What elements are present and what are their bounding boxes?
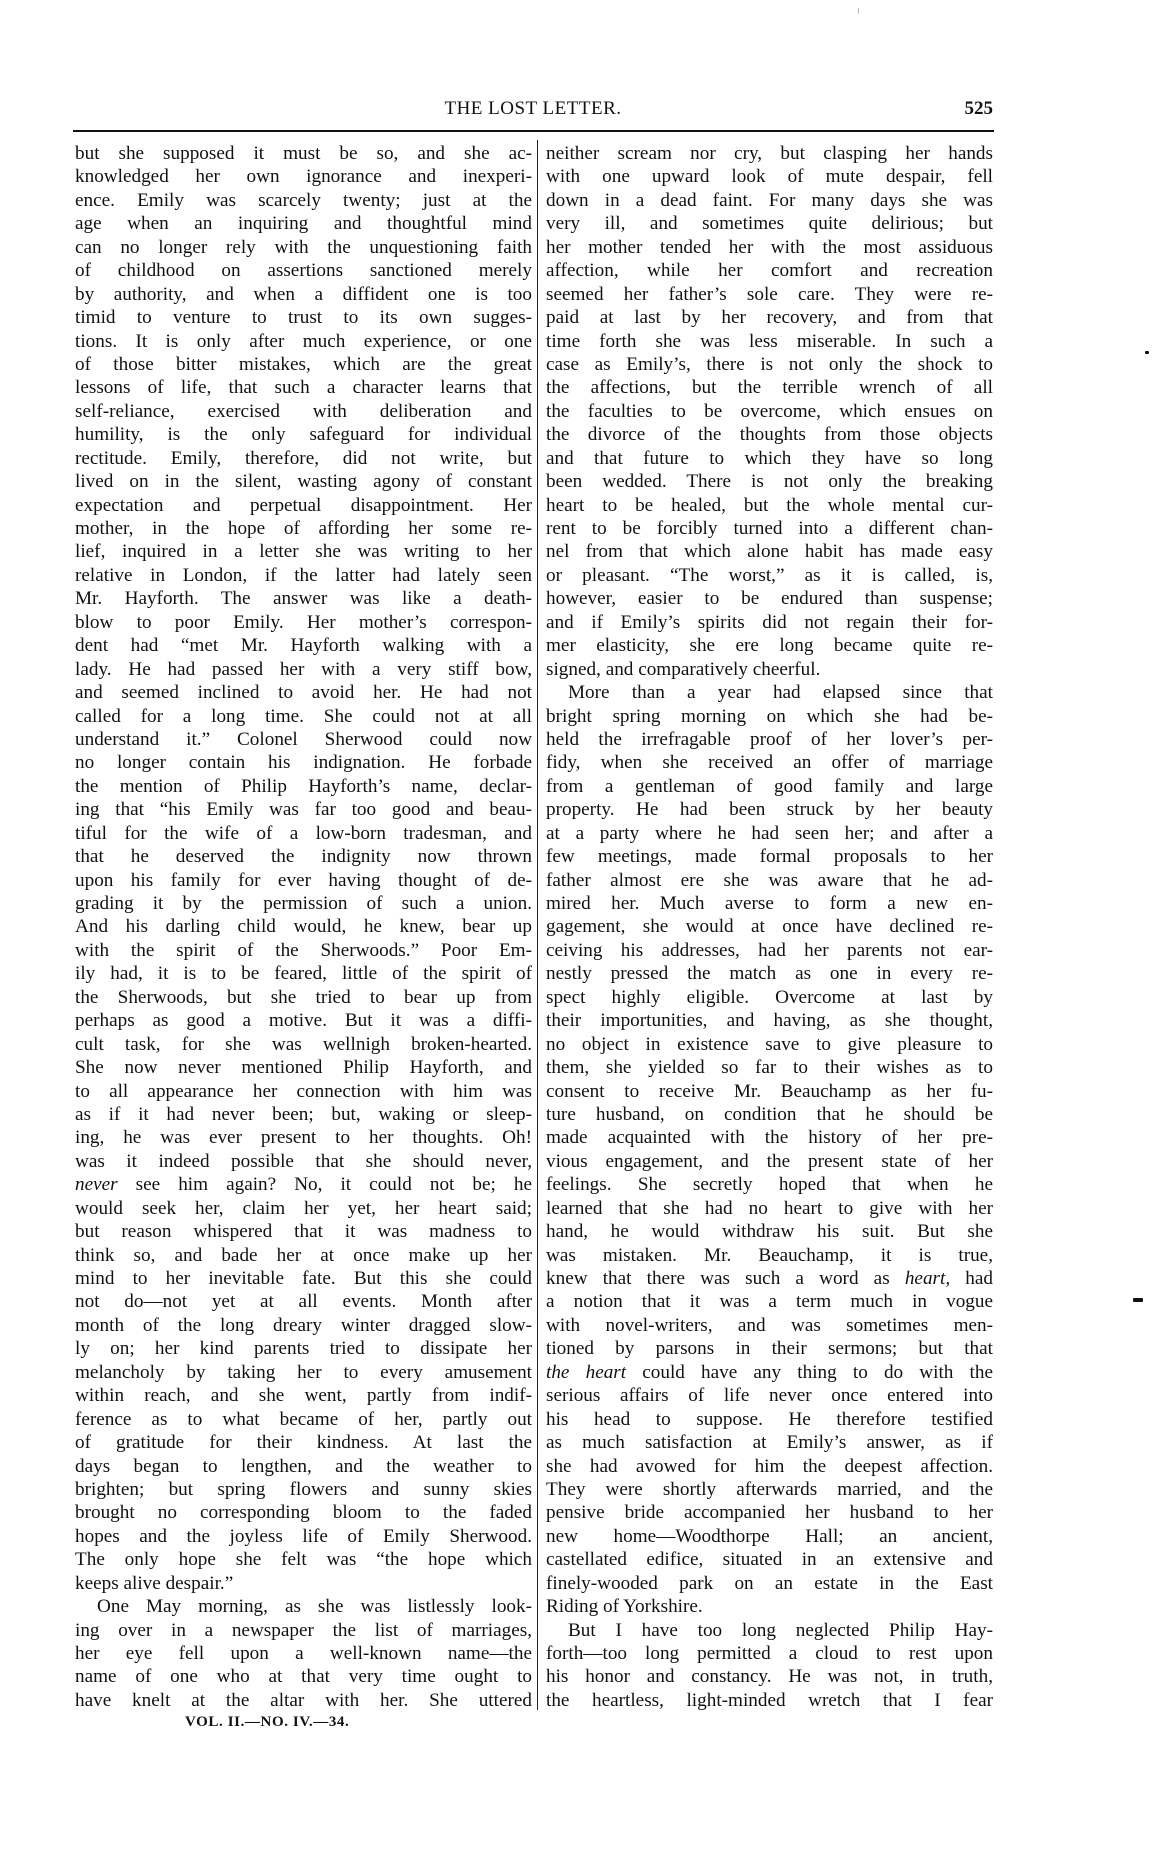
text-line: that he deserved the indignity now throw… bbox=[75, 845, 532, 868]
text-line: with one upward look of mute despair, fe… bbox=[546, 165, 993, 188]
text-line-content: not do—not yet at all events. Month afte… bbox=[75, 1291, 532, 1312]
text-line-content: They were shortly afterwards married, an… bbox=[546, 1479, 993, 1500]
text-line-content: case as Emily’s, there is not only the s… bbox=[546, 354, 993, 375]
text-line-content: as if it had never been; but, waking or … bbox=[75, 1104, 532, 1125]
page-number: 525 bbox=[965, 98, 994, 120]
text-line-content: dent had “met Mr. Hayforth walking with … bbox=[75, 635, 532, 656]
scan-speck bbox=[1133, 1298, 1143, 1302]
text-line: she had avowed for him the deepest affec… bbox=[546, 1455, 993, 1478]
text-line: down in a dead faint. For many days she … bbox=[546, 189, 993, 212]
text-line: nestly pressed the match as one in every… bbox=[546, 962, 993, 985]
text-line-content: by authority, and when a diffident one i… bbox=[75, 284, 532, 305]
text-line: lief, inquired in a letter she was writi… bbox=[75, 540, 532, 563]
text-line-content: his honor and constancy. He was not, in … bbox=[546, 1666, 993, 1687]
text-line-content: serious affairs of life never once enter… bbox=[546, 1385, 993, 1406]
text-line: relative in London, if the latter had la… bbox=[75, 564, 532, 587]
text-line-content: feelings. She secretly hoped that when h… bbox=[546, 1174, 993, 1195]
text-line: property. He had been struck by her beau… bbox=[546, 798, 993, 821]
text-line-content: her mother tended her with the most assi… bbox=[546, 237, 993, 258]
text-line-content: keeps alive despair.” bbox=[75, 1573, 233, 1594]
text-line-content: but reason whispered that it was madness… bbox=[75, 1221, 532, 1242]
text-line-content: new home—Woodthorpe Hall; an ancient, bbox=[546, 1526, 993, 1547]
text-line: perhaps as good a motive. But it was a d… bbox=[75, 1009, 532, 1032]
text-line-content: the faculties to be overcome, which ensu… bbox=[546, 401, 993, 422]
text-line-content: a notion that it was a term much in vogu… bbox=[546, 1291, 993, 1312]
text-line: not do—not yet at all events. Month afte… bbox=[75, 1290, 532, 1313]
text-line: expectation and perpetual disappointment… bbox=[75, 494, 532, 517]
text-line: The only hope she felt was “the hope whi… bbox=[75, 1548, 532, 1571]
text-line: cult task, for she was wellnigh broken-h… bbox=[75, 1033, 532, 1056]
text-line: the heartless, light-minded wretch that … bbox=[546, 1689, 993, 1712]
text-line: pensive bride accompanied her husband to… bbox=[546, 1501, 993, 1524]
text-line-content: blow to poor Emily. Her mother’s corresp… bbox=[75, 612, 532, 633]
document-page: THE LOST LETTER. 525 but she supposed it… bbox=[0, 0, 1176, 1850]
text-line-content: of gratitude for their kindness. At last… bbox=[75, 1432, 532, 1453]
text-line-content: self-reliance, exercised with deliberati… bbox=[75, 401, 532, 422]
text-line: ence. Emily was scarcely twenty; just at… bbox=[75, 189, 532, 212]
left-text-column: but she supposed it must be so, and she … bbox=[75, 142, 532, 1712]
text-line-content: pensive bride accompanied her husband to… bbox=[546, 1502, 993, 1523]
text-line: no longer contain his indignation. He fo… bbox=[75, 751, 532, 774]
text-line: ing, he was ever present to her thoughts… bbox=[75, 1126, 532, 1149]
text-line-content: was it indeed possible that she should n… bbox=[75, 1151, 532, 1172]
text-line-content: name of one who at that very time ought … bbox=[75, 1666, 532, 1687]
text-line: consent to receive Mr. Beauchamp as her … bbox=[546, 1080, 993, 1103]
text-line: her mother tended her with the most assi… bbox=[546, 236, 993, 259]
text-line: have knelt at the altar with her. She ut… bbox=[75, 1689, 532, 1712]
text-line: grading it by the permission of such a u… bbox=[75, 892, 532, 915]
text-line-content: timid to venture to trust to its own sug… bbox=[75, 307, 532, 328]
scan-speck bbox=[858, 8, 859, 14]
text-line-content: lady. He had passed her with a very stif… bbox=[75, 659, 532, 680]
text-line: ing over in a newspaper the list of marr… bbox=[75, 1619, 532, 1642]
text-line: castellated edifice, situated in an exte… bbox=[546, 1548, 993, 1571]
text-line: They were shortly afterwards married, an… bbox=[546, 1478, 993, 1501]
text-line-content: very ill, and sometimes quite delirious;… bbox=[546, 213, 993, 234]
text-line-content: lief, inquired in a letter she was writi… bbox=[75, 541, 532, 562]
text-line: feelings. She secretly hoped that when h… bbox=[546, 1173, 993, 1196]
text-line: and seemed inclined to avoid her. He had… bbox=[75, 681, 532, 704]
text-line-content: mother, in the hope of affording her som… bbox=[75, 518, 532, 539]
text-line: time forth she was less miserable. In su… bbox=[546, 330, 993, 353]
text-line-content: tioned by parsons in their sermons; but … bbox=[546, 1338, 993, 1359]
text-line: neither scream nor cry, but clasping her… bbox=[546, 142, 993, 165]
text-line: vious engagement, and the present state … bbox=[546, 1150, 993, 1173]
text-line: and that future to which they have so lo… bbox=[546, 447, 993, 470]
text-line-content: paid at last by her recovery, and from t… bbox=[546, 307, 993, 328]
text-line-content: nel from that which alone habit has made… bbox=[546, 541, 993, 562]
text-line: mired her. Much averse to form a new en- bbox=[546, 892, 993, 915]
text-line-content: ture husband, on condition that he shoul… bbox=[546, 1104, 993, 1125]
text-line-content: them, she yielded so far to their wishes… bbox=[546, 1057, 993, 1078]
text-line-content: the mention of Philip Hayforth’s name, d… bbox=[75, 776, 532, 797]
right-text-column: neither scream nor cry, but clasping her… bbox=[546, 142, 993, 1712]
running-head: THE LOST LETTER. 525 bbox=[73, 98, 993, 126]
text-line: days began to lengthen, and the weather … bbox=[75, 1455, 532, 1478]
text-line-content: few meetings, made formal proposals to h… bbox=[546, 846, 993, 867]
text-line-content: that he deserved the indignity now throw… bbox=[75, 846, 532, 867]
text-line: name of one who at that very time ought … bbox=[75, 1665, 532, 1688]
text-line-content: tions. It is only after much experience,… bbox=[75, 331, 532, 352]
text-line: signed, and comparatively cheerful. bbox=[546, 658, 993, 681]
text-line: brought no corresponding bloom to the fa… bbox=[75, 1501, 532, 1524]
text-line-content: with the spirit of the Sherwoods.” Poor … bbox=[75, 940, 532, 961]
text-line-content: to all appearance her connection with hi… bbox=[75, 1081, 532, 1102]
text-line: mind to her inevitable fate. But this sh… bbox=[75, 1267, 532, 1290]
text-line: More than a year had elapsed since that bbox=[546, 681, 993, 704]
text-line: made acquainted with the history of her … bbox=[546, 1126, 993, 1149]
column-divider bbox=[537, 140, 538, 1710]
text-line: ly on; her kind parents tried to dissipa… bbox=[75, 1337, 532, 1360]
text-line-content: cult task, for she was wellnigh broken-h… bbox=[75, 1034, 532, 1055]
text-line: at a party where he had seen her; and af… bbox=[546, 822, 993, 845]
text-line-content: ing, he was ever present to her thoughts… bbox=[75, 1127, 532, 1148]
text-line: month of the long dreary winter dragged … bbox=[75, 1314, 532, 1337]
text-line: heart to be healed, but the whole mental… bbox=[546, 494, 993, 517]
text-line: but reason whispered that it was madness… bbox=[75, 1220, 532, 1243]
text-line: hopes and the joyless life of Emily Sher… bbox=[75, 1525, 532, 1548]
text-line-content: She now never mentioned Philip Hayforth,… bbox=[75, 1057, 532, 1078]
text-line-content: as much satisfaction at Emily’s answer, … bbox=[546, 1432, 993, 1453]
text-line: understand it.” Colonel Sherwood could n… bbox=[75, 728, 532, 751]
text-line: She now never mentioned Philip Hayforth,… bbox=[75, 1056, 532, 1079]
text-line: but she supposed it must be so, and she … bbox=[75, 142, 532, 165]
text-line: new home—Woodthorpe Hall; an ancient, bbox=[546, 1525, 993, 1548]
header-rule bbox=[73, 130, 994, 132]
text-line-content: ence. Emily was scarcely twenty; just at… bbox=[75, 190, 532, 211]
running-head-title: THE LOST LETTER. bbox=[73, 98, 993, 120]
text-line-content: gagement, she would at once have decline… bbox=[546, 916, 993, 937]
text-line-content: and if Emily’s spirits did not regain th… bbox=[546, 612, 993, 633]
text-line-content: been wedded. There is not only the break… bbox=[546, 471, 993, 492]
text-line: her eye fell upon a well-known name—the bbox=[75, 1642, 532, 1665]
text-line: his head to suppose. He therefore testif… bbox=[546, 1408, 993, 1431]
text-line: hand, he would withdraw his suit. But sh… bbox=[546, 1220, 993, 1243]
text-line-content: month of the long dreary winter dragged … bbox=[75, 1315, 532, 1336]
text-line-content: ing that “his Emily was far too good and… bbox=[75, 799, 532, 820]
text-line-content: melancholy by taking her to every amusem… bbox=[75, 1362, 532, 1383]
text-line-content: time forth she was less miserable. In su… bbox=[546, 331, 993, 352]
text-line: of gratitude for their kindness. At last… bbox=[75, 1431, 532, 1454]
text-line-content: tiful for the wife of a low-born tradesm… bbox=[75, 823, 532, 844]
text-line-content: rectitude. Emily, therefore, did not wri… bbox=[75, 448, 532, 469]
text-line: a notion that it was a term much in vogu… bbox=[546, 1290, 993, 1313]
text-line: of childhood on assertions sanctioned me… bbox=[75, 259, 532, 282]
text-line-content: father almost ere she was aware that he … bbox=[546, 870, 993, 891]
text-line: never see him again? No, it could not be… bbox=[75, 1173, 532, 1196]
text-line-content: and seemed inclined to avoid her. He had… bbox=[75, 682, 532, 703]
text-line: was it indeed possible that she should n… bbox=[75, 1150, 532, 1173]
text-line: from a gentleman of good family and larg… bbox=[546, 775, 993, 798]
text-line: his honor and constancy. He was not, in … bbox=[546, 1665, 993, 1688]
text-line: knew that there was such a word as heart… bbox=[546, 1267, 993, 1290]
text-line: ference as to what became of her, partly… bbox=[75, 1408, 532, 1431]
text-line: nel from that which alone habit has made… bbox=[546, 540, 993, 563]
text-line-content: ly on; her kind parents tried to dissipa… bbox=[75, 1338, 532, 1359]
text-line: dent had “met Mr. Hayforth walking with … bbox=[75, 634, 532, 657]
text-line-content: with novel-writers, and was sometimes me… bbox=[546, 1315, 993, 1336]
text-line: or pleasant. “The worst,” as it is calle… bbox=[546, 564, 993, 587]
text-line: case as Emily’s, there is not only the s… bbox=[546, 353, 993, 376]
text-line-content: forth—too long permitted a cloud to rest… bbox=[546, 1643, 993, 1664]
text-line: mother, in the hope of affording her som… bbox=[75, 517, 532, 540]
text-line: was mistaken. Mr. Beauchamp, it is true, bbox=[546, 1244, 993, 1267]
text-line: of those bitter mistakes, which are the … bbox=[75, 353, 532, 376]
text-line-content: bright spring morning on which she had b… bbox=[546, 706, 993, 727]
text-line-content: expectation and perpetual disappointment… bbox=[75, 495, 532, 516]
text-line: however, easier to be endured than suspe… bbox=[546, 587, 993, 610]
text-line: blow to poor Emily. Her mother’s corresp… bbox=[75, 611, 532, 634]
text-line: with the spirit of the Sherwoods.” Poor … bbox=[75, 939, 532, 962]
text-line-content: Riding of Yorkshire. bbox=[546, 1596, 703, 1617]
text-line: tiful for the wife of a low-born tradesm… bbox=[75, 822, 532, 845]
text-line: within reach, and she went, partly from … bbox=[75, 1384, 532, 1407]
text-line: them, she yielded so far to their wishes… bbox=[546, 1056, 993, 1079]
text-line: their importunities, and having, as she … bbox=[546, 1009, 993, 1032]
text-line-content: brought no corresponding bloom to the fa… bbox=[75, 1502, 532, 1523]
text-line: finely-wooded park on an estate in the E… bbox=[546, 1572, 993, 1595]
text-line-content: no object in existence save to give plea… bbox=[546, 1034, 993, 1055]
text-line: mer elasticity, she ere long became quit… bbox=[546, 634, 993, 657]
text-line-content: think so, and bade her at once make up h… bbox=[75, 1245, 532, 1266]
text-line-content: down in a dead faint. For many days she … bbox=[546, 190, 993, 211]
text-line: learned that she had no heart to give wi… bbox=[546, 1197, 993, 1220]
text-line: lessons of life, that such a character l… bbox=[75, 376, 532, 399]
text-line: tioned by parsons in their sermons; but … bbox=[546, 1337, 993, 1360]
text-line-content: never see him again? No, it could not be… bbox=[75, 1174, 532, 1195]
text-line: gagement, she would at once have decline… bbox=[546, 915, 993, 938]
text-line: the divorce of the thoughts from those o… bbox=[546, 423, 993, 446]
text-line-content: understand it.” Colonel Sherwood could n… bbox=[75, 729, 532, 750]
text-line: the Sherwoods, but she tried to bear up … bbox=[75, 986, 532, 1009]
italic-text: never bbox=[75, 1174, 118, 1195]
text-line-content: finely-wooded park on an estate in the E… bbox=[546, 1573, 993, 1594]
italic-text: heart, bbox=[905, 1268, 950, 1289]
text-line-content: with one upward look of mute despair, fe… bbox=[546, 166, 993, 187]
text-line: the heart could have any thing to do wit… bbox=[546, 1361, 993, 1384]
text-line: called for a long time. She could not at… bbox=[75, 705, 532, 728]
text-line-content: hopes and the joyless life of Emily Sher… bbox=[75, 1526, 532, 1547]
text-line: would seek her, claim her yet, her heart… bbox=[75, 1197, 532, 1220]
text-line: spect highly eligible. Overcome at last … bbox=[546, 986, 993, 1009]
text-line-content: and that future to which they have so lo… bbox=[546, 448, 993, 469]
text-line: brighten; but spring flowers and sunny s… bbox=[75, 1478, 532, 1501]
text-line: rent to be forcibly turned into a differ… bbox=[546, 517, 993, 540]
text-line-content: lived on in the silent, wasting agony of… bbox=[75, 471, 532, 492]
text-line: Riding of Yorkshire. bbox=[546, 1595, 993, 1618]
text-line-content: property. He had been struck by her beau… bbox=[546, 799, 993, 820]
text-line-content: days began to lengthen, and the weather … bbox=[75, 1456, 532, 1477]
scan-speck bbox=[1145, 351, 1149, 354]
text-line-content: ing over in a newspaper the list of marr… bbox=[75, 1620, 532, 1641]
text-line: lived on in the silent, wasting agony of… bbox=[75, 470, 532, 493]
text-line-content: made acquainted with the history of her … bbox=[546, 1127, 993, 1148]
text-line: tions. It is only after much experience,… bbox=[75, 330, 532, 353]
text-line-content: vious engagement, and the present state … bbox=[546, 1151, 993, 1172]
text-line: been wedded. There is not only the break… bbox=[546, 470, 993, 493]
text-line: and if Emily’s spirits did not regain th… bbox=[546, 611, 993, 634]
italic-text: the heart bbox=[546, 1362, 626, 1383]
text-line: as if it had never been; but, waking or … bbox=[75, 1103, 532, 1126]
text-line-content: And his darling child would, he knew, be… bbox=[75, 916, 532, 937]
text-line-content: seemed her father’s sole care. They were… bbox=[546, 284, 993, 305]
text-line: no object in existence save to give plea… bbox=[546, 1033, 993, 1056]
text-line-content: or pleasant. “The worst,” as it is calle… bbox=[546, 565, 993, 586]
text-line: keeps alive despair.” bbox=[75, 1572, 532, 1595]
text-line-content: ily had, it is to be feared, little of t… bbox=[75, 963, 532, 984]
text-line-content: called for a long time. She could not at… bbox=[75, 706, 532, 727]
text-line: seemed her father’s sole care. They were… bbox=[546, 283, 993, 306]
text-line: can no longer rely with the unquestionin… bbox=[75, 236, 532, 259]
text-line: as much satisfaction at Emily’s answer, … bbox=[546, 1431, 993, 1454]
text-line: father almost ere she was aware that he … bbox=[546, 869, 993, 892]
text-line: held the irrefragable proof of her lover… bbox=[546, 728, 993, 751]
text-line-content: age when an inquiring and thoughtful min… bbox=[75, 213, 532, 234]
text-line-content: humility, is the only safeguard for indi… bbox=[75, 424, 532, 445]
text-line: And his darling child would, he knew, be… bbox=[75, 915, 532, 938]
text-line: ceiving his addresses, had her parents n… bbox=[546, 939, 993, 962]
text-line-content: however, easier to be endured than suspe… bbox=[546, 588, 993, 609]
text-line-content: mired her. Much averse to form a new en- bbox=[546, 893, 993, 914]
text-line-content: ceiving his addresses, had her parents n… bbox=[546, 940, 993, 961]
text-line-content: can no longer rely with the unquestionin… bbox=[75, 237, 532, 258]
text-line: ture husband, on condition that he shoul… bbox=[546, 1103, 993, 1126]
text-line-content: relative in London, if the latter had la… bbox=[75, 565, 532, 586]
text-line-content: the affections, but the terrible wrench … bbox=[546, 377, 993, 398]
text-line-content: knowledged her own ignorance and inexper… bbox=[75, 166, 532, 187]
text-line: ing that “his Emily was far too good and… bbox=[75, 798, 532, 821]
text-line-content: rent to be forcibly turned into a differ… bbox=[546, 518, 993, 539]
text-line-content: ference as to what became of her, partly… bbox=[75, 1409, 532, 1430]
text-line: timid to venture to trust to its own sug… bbox=[75, 306, 532, 329]
text-line-content: no longer contain his indignation. He fo… bbox=[75, 752, 532, 773]
text-line-content: but she supposed it must be so, and she … bbox=[75, 143, 532, 164]
text-line-content: nestly pressed the match as one in every… bbox=[546, 963, 993, 984]
text-line-content: One May morning, as she was listlessly l… bbox=[97, 1596, 532, 1617]
text-line-content: perhaps as good a motive. But it was a d… bbox=[75, 1010, 532, 1031]
text-line-content: the heartless, light-minded wretch that … bbox=[546, 1690, 993, 1711]
text-line-content: lessons of life, that such a character l… bbox=[75, 377, 532, 398]
text-line-content: from a gentleman of good family and larg… bbox=[546, 776, 993, 797]
text-line-content: at a party where he had seen her; and af… bbox=[546, 823, 993, 844]
text-line-content: was mistaken. Mr. Beauchamp, it is true, bbox=[546, 1245, 993, 1266]
text-line-content: But I have too long neglected Philip Hay… bbox=[568, 1620, 993, 1641]
text-line: think so, and bade her at once make up h… bbox=[75, 1244, 532, 1267]
text-line: rectitude. Emily, therefore, did not wri… bbox=[75, 447, 532, 470]
text-line: few meetings, made formal proposals to h… bbox=[546, 845, 993, 868]
text-line-content: mind to her inevitable fate. But this sh… bbox=[75, 1268, 532, 1289]
text-line-content: signed, and comparatively cheerful. bbox=[546, 659, 820, 680]
text-line-content: affection, while her comfort and recreat… bbox=[546, 260, 993, 281]
text-line-content: mer elasticity, she ere long became quit… bbox=[546, 635, 993, 656]
text-line-content: she had avowed for him the deepest affec… bbox=[546, 1456, 993, 1477]
text-line: melancholy by taking her to every amusem… bbox=[75, 1361, 532, 1384]
text-line-content: of those bitter mistakes, which are the … bbox=[75, 354, 532, 375]
text-line-content: the divorce of the thoughts from those o… bbox=[546, 424, 993, 445]
text-line: age when an inquiring and thoughtful min… bbox=[75, 212, 532, 235]
signature-footer: VOL. II.—NO. IV.—34. bbox=[185, 1714, 349, 1731]
text-line: ily had, it is to be feared, little of t… bbox=[75, 962, 532, 985]
text-line: to all appearance her connection with hi… bbox=[75, 1080, 532, 1103]
text-line: with novel-writers, and was sometimes me… bbox=[546, 1314, 993, 1337]
text-line: One May morning, as she was listlessly l… bbox=[75, 1595, 532, 1618]
text-line: But I have too long neglected Philip Hay… bbox=[546, 1619, 993, 1642]
text-line-content: have knelt at the altar with her. She ut… bbox=[75, 1690, 532, 1711]
text-line-content: fidy, when she received an offer of marr… bbox=[546, 752, 993, 773]
text-line: serious affairs of life never once enter… bbox=[546, 1384, 993, 1407]
text-line-content: heart to be healed, but the whole mental… bbox=[546, 495, 993, 516]
text-line: affection, while her comfort and recreat… bbox=[546, 259, 993, 282]
text-line-content: spect highly eligible. Overcome at last … bbox=[546, 987, 993, 1008]
text-line-content: his head to suppose. He therefore testif… bbox=[546, 1409, 993, 1430]
text-line: self-reliance, exercised with deliberati… bbox=[75, 400, 532, 423]
text-line: very ill, and sometimes quite delirious;… bbox=[546, 212, 993, 235]
text-line-content: held the irrefragable proof of her lover… bbox=[546, 729, 993, 750]
text-line-content: knew that there was such a word as heart… bbox=[546, 1268, 993, 1289]
text-line-content: castellated edifice, situated in an exte… bbox=[546, 1549, 993, 1570]
text-line-content: the Sherwoods, but she tried to bear up … bbox=[75, 987, 532, 1008]
text-line-content: of childhood on assertions sanctioned me… bbox=[75, 260, 532, 281]
text-line-content: More than a year had elapsed since that bbox=[568, 682, 993, 703]
text-line-content: grading it by the permission of such a u… bbox=[75, 893, 532, 914]
text-line-content: within reach, and she went, partly from … bbox=[75, 1385, 532, 1406]
text-line-content: The only hope she felt was “the hope whi… bbox=[75, 1549, 532, 1570]
text-line: forth—too long permitted a cloud to rest… bbox=[546, 1642, 993, 1665]
text-line-content: hand, he would withdraw his suit. But sh… bbox=[546, 1221, 993, 1242]
text-line: the affections, but the terrible wrench … bbox=[546, 376, 993, 399]
text-line: the faculties to be overcome, which ensu… bbox=[546, 400, 993, 423]
text-line: humility, is the only safeguard for indi… bbox=[75, 423, 532, 446]
text-line: the mention of Philip Hayforth’s name, d… bbox=[75, 775, 532, 798]
text-line: paid at last by her recovery, and from t… bbox=[546, 306, 993, 329]
text-line: fidy, when she received an offer of marr… bbox=[546, 751, 993, 774]
text-line: lady. He had passed her with a very stif… bbox=[75, 658, 532, 681]
text-line-content: neither scream nor cry, but clasping her… bbox=[546, 143, 993, 164]
text-line-content: brighten; but spring flowers and sunny s… bbox=[75, 1479, 532, 1500]
text-line-content: upon his family for ever having thought … bbox=[75, 870, 532, 891]
text-line-content: learned that she had no heart to give wi… bbox=[546, 1198, 993, 1219]
text-line-content: their importunities, and having, as she … bbox=[546, 1010, 993, 1031]
text-line: by authority, and when a diffident one i… bbox=[75, 283, 532, 306]
text-line-content: would seek her, claim her yet, her heart… bbox=[75, 1198, 532, 1219]
text-line: bright spring morning on which she had b… bbox=[546, 705, 993, 728]
text-line: knowledged her own ignorance and inexper… bbox=[75, 165, 532, 188]
text-line-content: consent to receive Mr. Beauchamp as her … bbox=[546, 1081, 993, 1102]
text-line: upon his family for ever having thought … bbox=[75, 869, 532, 892]
text-line-content: her eye fell upon a well-known name—the bbox=[75, 1643, 532, 1664]
text-line-content: the heart could have any thing to do wit… bbox=[546, 1362, 993, 1383]
text-line-content: Mr. Hayforth. The answer was like a deat… bbox=[75, 588, 532, 609]
text-line: Mr. Hayforth. The answer was like a deat… bbox=[75, 587, 532, 610]
